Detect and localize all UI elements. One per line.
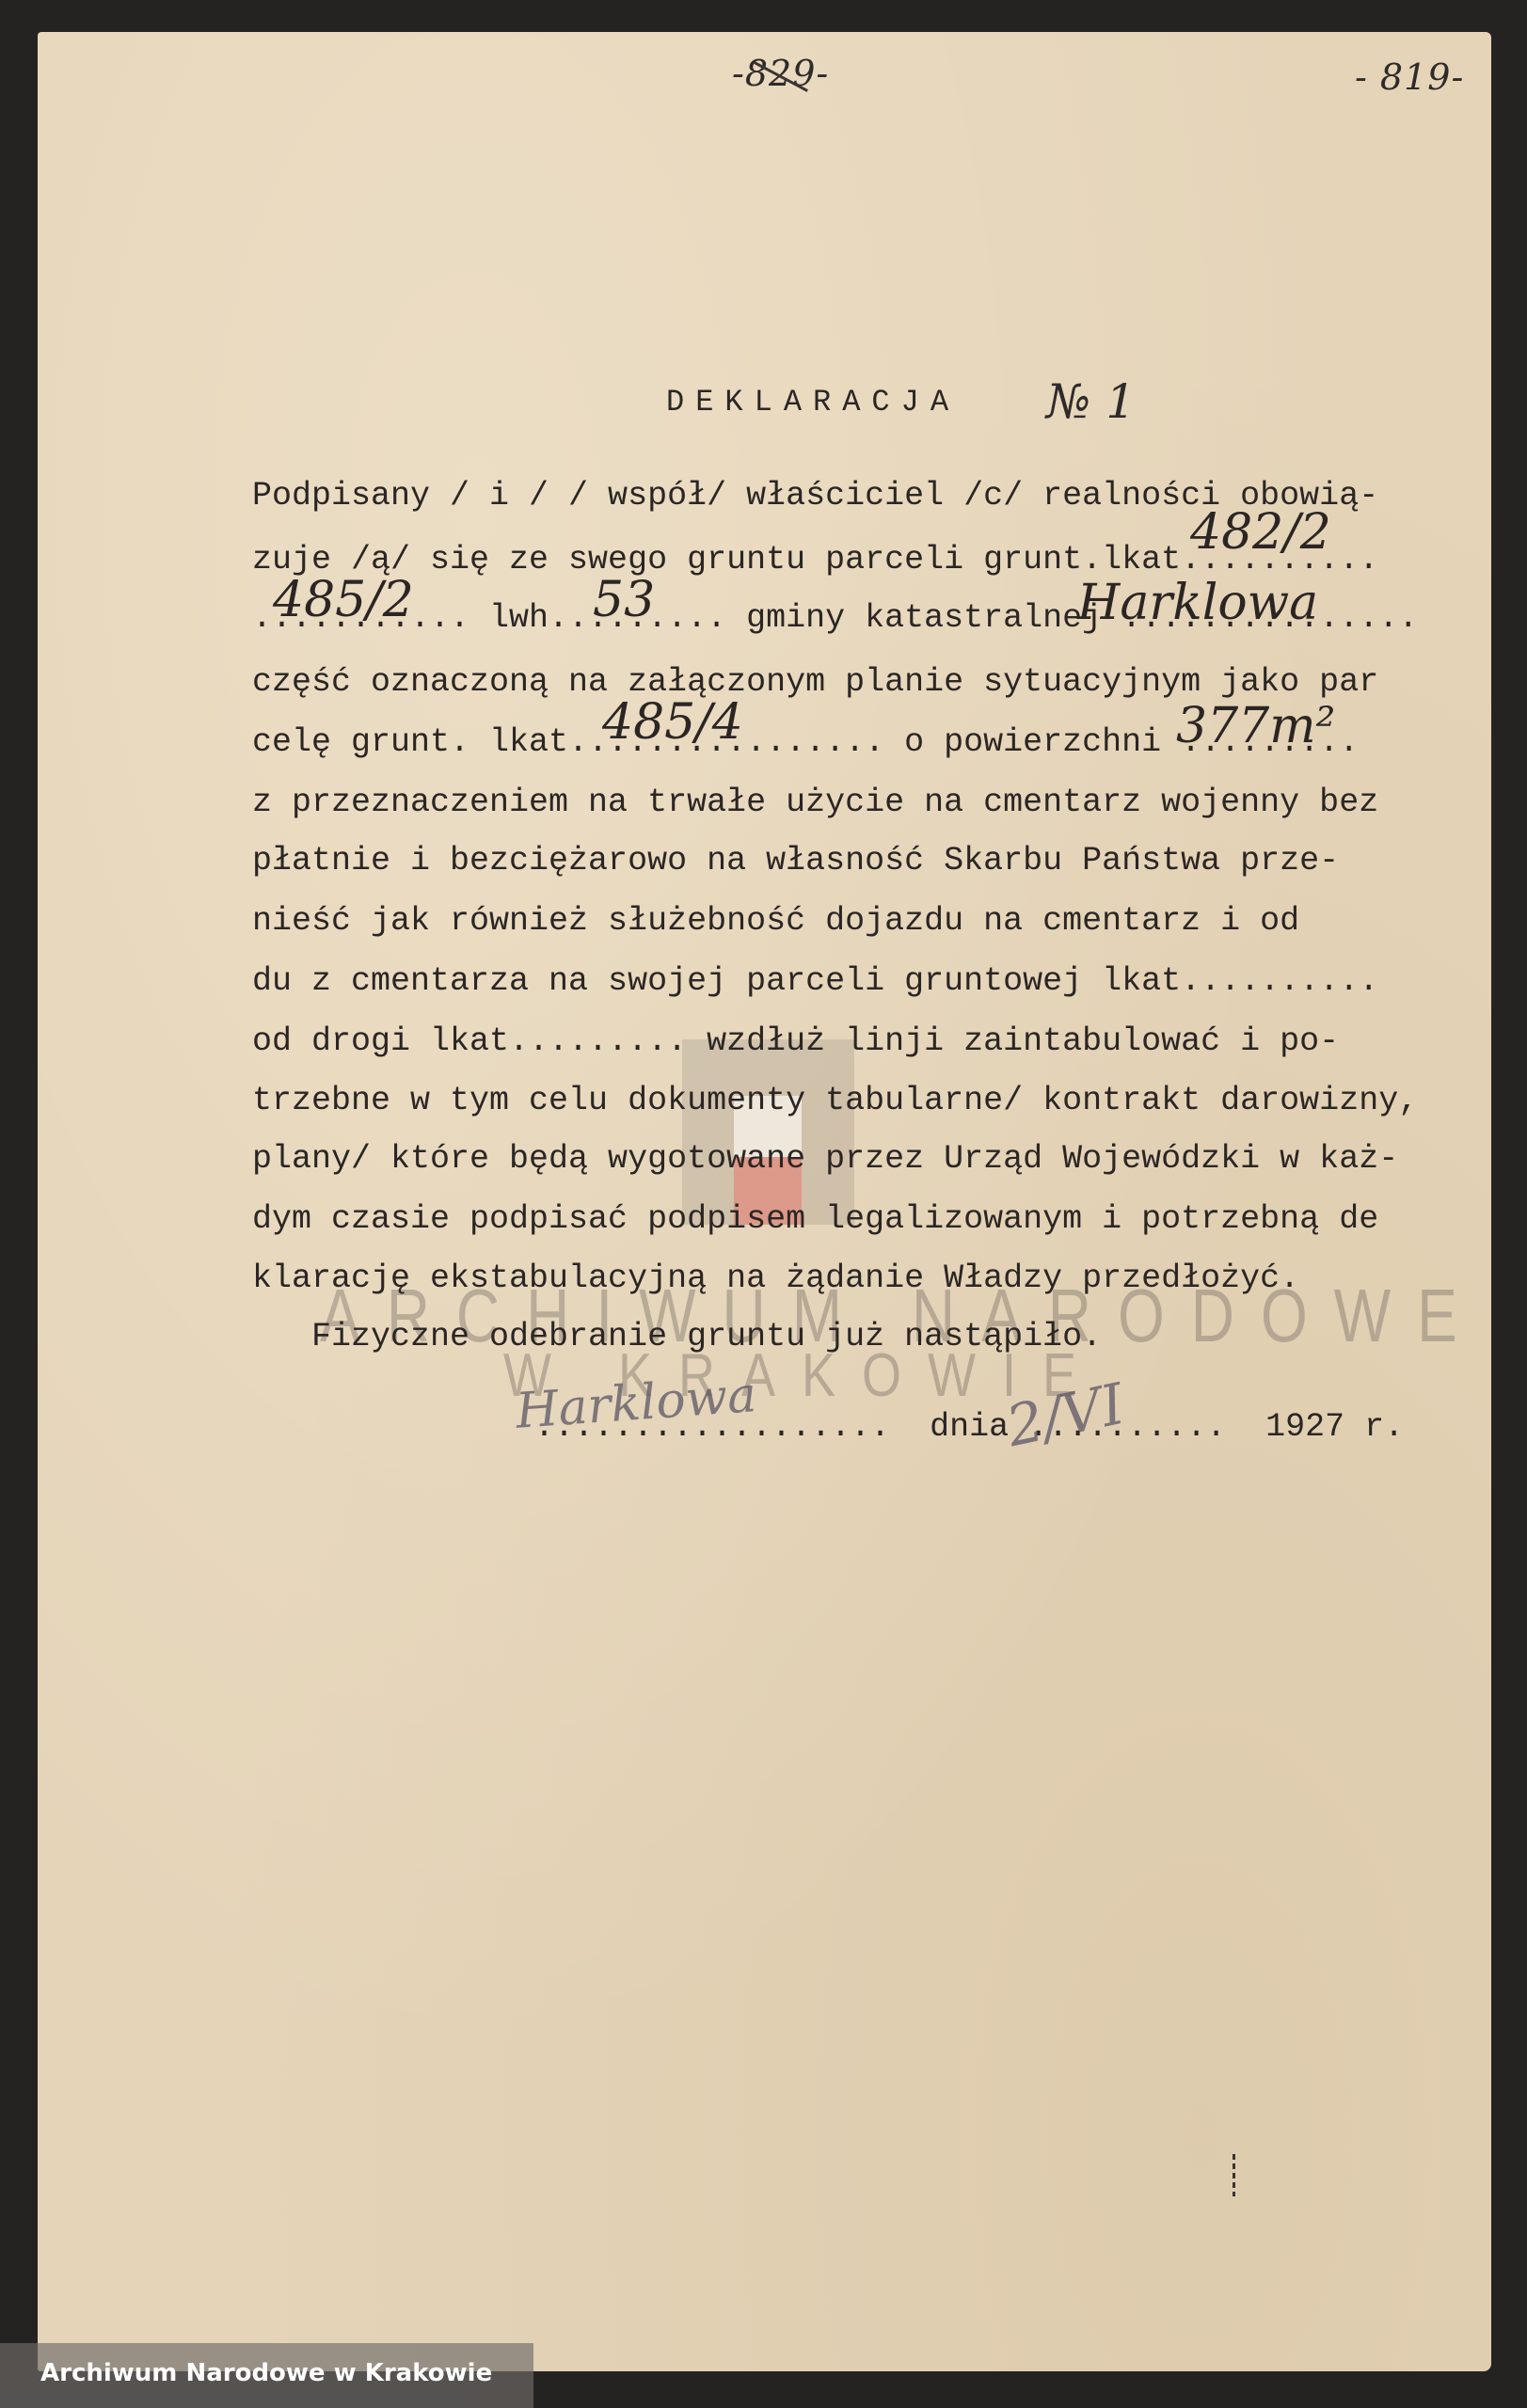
handwritten-parcel-from-2: 485/2 <box>273 576 414 625</box>
new-folio-number: - 819- <box>1355 56 1464 98</box>
document-number: № 1 <box>1046 374 1136 429</box>
body-line: Fizyczne odebranie gruntu już nastąpiło. <box>252 1321 1102 1354</box>
old-folio-number: -829- <box>732 53 829 94</box>
archive-footer-label: Archiwum Narodowe w Krakowie <box>40 2359 492 2387</box>
body-line: plany/ które będą wygotowane przez Urząd… <box>252 1143 1398 1176</box>
body-line: du z cmentarza na swojej parceli gruntow… <box>252 965 1378 998</box>
body-line: nieść jak również służebność dojazdu na … <box>252 905 1299 938</box>
body-line: trzebne w tym celu dokumenty tabularne/ … <box>252 1085 1418 1117</box>
body-line: płatnie i bezciężarowo na własność Skarb… <box>252 845 1339 878</box>
body-line: część oznaczoną na załączonym planie syt… <box>252 666 1378 699</box>
body-line: od drogi lkat......... wzdłuż linji zain… <box>252 1025 1339 1058</box>
body-line: z przeznaczeniem na trwałe użycie na cme… <box>252 786 1378 819</box>
document-title: DEKLARACJA <box>666 388 960 418</box>
handwritten-area: 377m² <box>1176 702 1335 751</box>
stray-ink-mark <box>1233 2154 1235 2196</box>
handwritten-lwh: 53 <box>593 576 655 625</box>
handwritten-parcel-new: 485/4 <box>602 698 743 747</box>
body-line: dym czasie podpisać podpisem legalizowan… <box>252 1203 1378 1236</box>
handwritten-municipality: Harklowa <box>1077 578 1318 627</box>
old-folio-text: -829- <box>732 53 829 94</box>
handwritten-parcel-from: 482/2 <box>1190 508 1331 557</box>
body-line: klarację ekstabulacyjną na żądanie Władz… <box>252 1262 1299 1295</box>
